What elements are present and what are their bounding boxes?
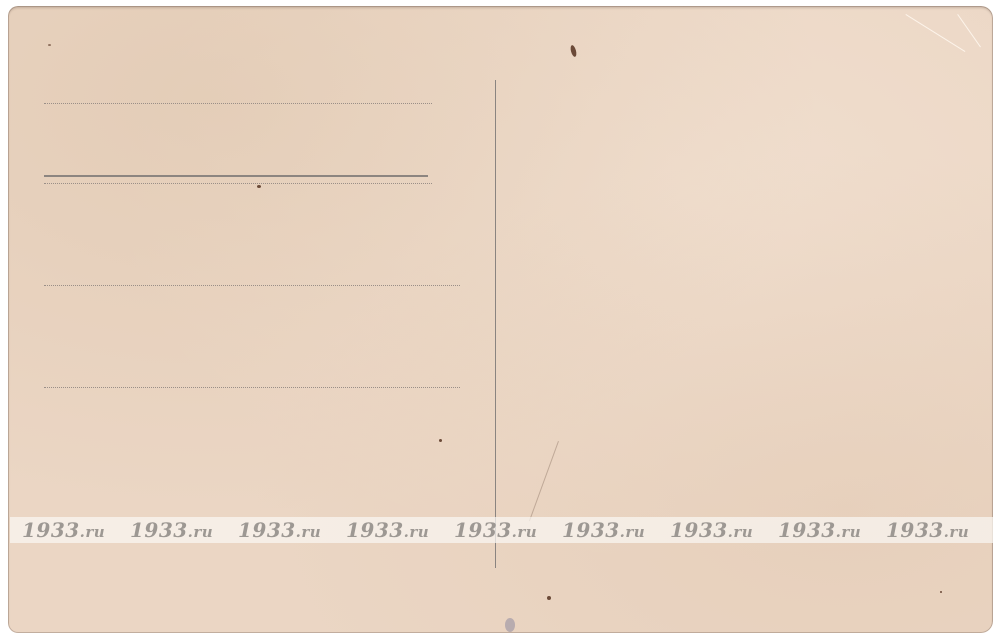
address-line-2-solid xyxy=(44,175,428,177)
paper-crack xyxy=(529,441,559,521)
watermark-text: 1933.ru xyxy=(130,517,213,543)
corner-crease xyxy=(905,14,965,52)
paper-speck xyxy=(439,439,442,442)
paper-speck xyxy=(257,185,261,188)
center-divider xyxy=(495,80,496,568)
paper-speck xyxy=(940,591,942,593)
address-line-3 xyxy=(44,285,460,286)
watermark-text: 1933.ru xyxy=(562,517,645,543)
watermark-band: 1933.ru 1933.ru 1933.ru 1933.ru 1933.ru … xyxy=(10,517,993,543)
watermark-text: 1933.ru xyxy=(346,517,429,543)
watermark-text: 1933.ru xyxy=(238,517,321,543)
paper-speck xyxy=(48,44,51,46)
address-line-4 xyxy=(44,387,460,388)
corner-crease xyxy=(957,14,981,47)
address-line-2-dotted xyxy=(44,183,432,184)
watermark-text: 1933.ru xyxy=(670,517,753,543)
watermark-text: 1933.ru xyxy=(778,517,861,543)
paper-speck xyxy=(547,596,551,600)
watermark-text: 1933.ru xyxy=(22,517,105,543)
worn-patch xyxy=(505,618,515,632)
watermark-text: 1933.ru xyxy=(886,517,969,543)
address-line-1 xyxy=(44,103,432,104)
watermark-text: 1933.ru xyxy=(454,517,537,543)
ink-spot xyxy=(570,45,578,58)
